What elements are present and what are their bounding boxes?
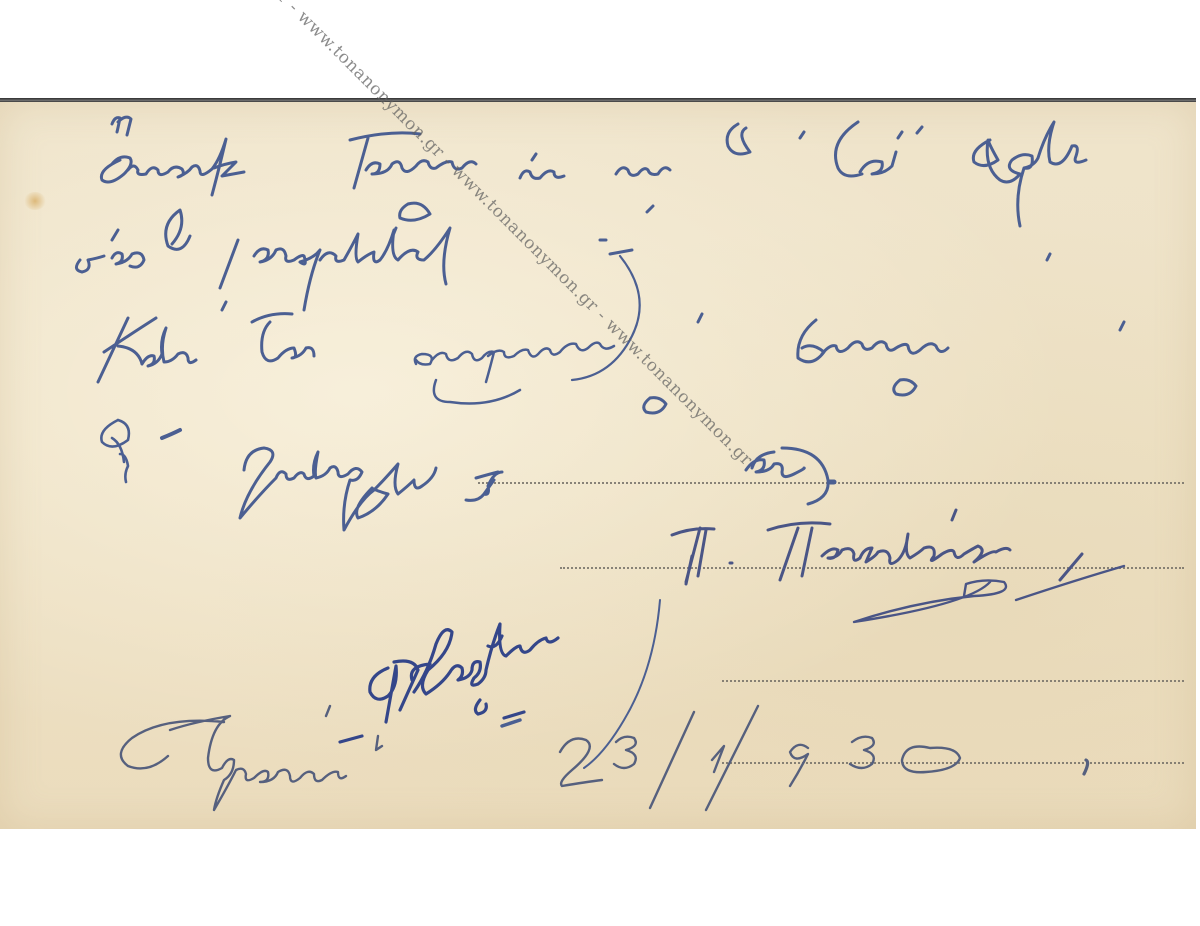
dotted-line-1: [478, 482, 1184, 484]
document-scan: ἐκτάκτως τιμωροῦν καὶ τοὺς ἐξόχως σίσου …: [0, 0, 1200, 926]
paper-stain: [24, 192, 46, 210]
paper-top-edge: [0, 98, 1196, 101]
